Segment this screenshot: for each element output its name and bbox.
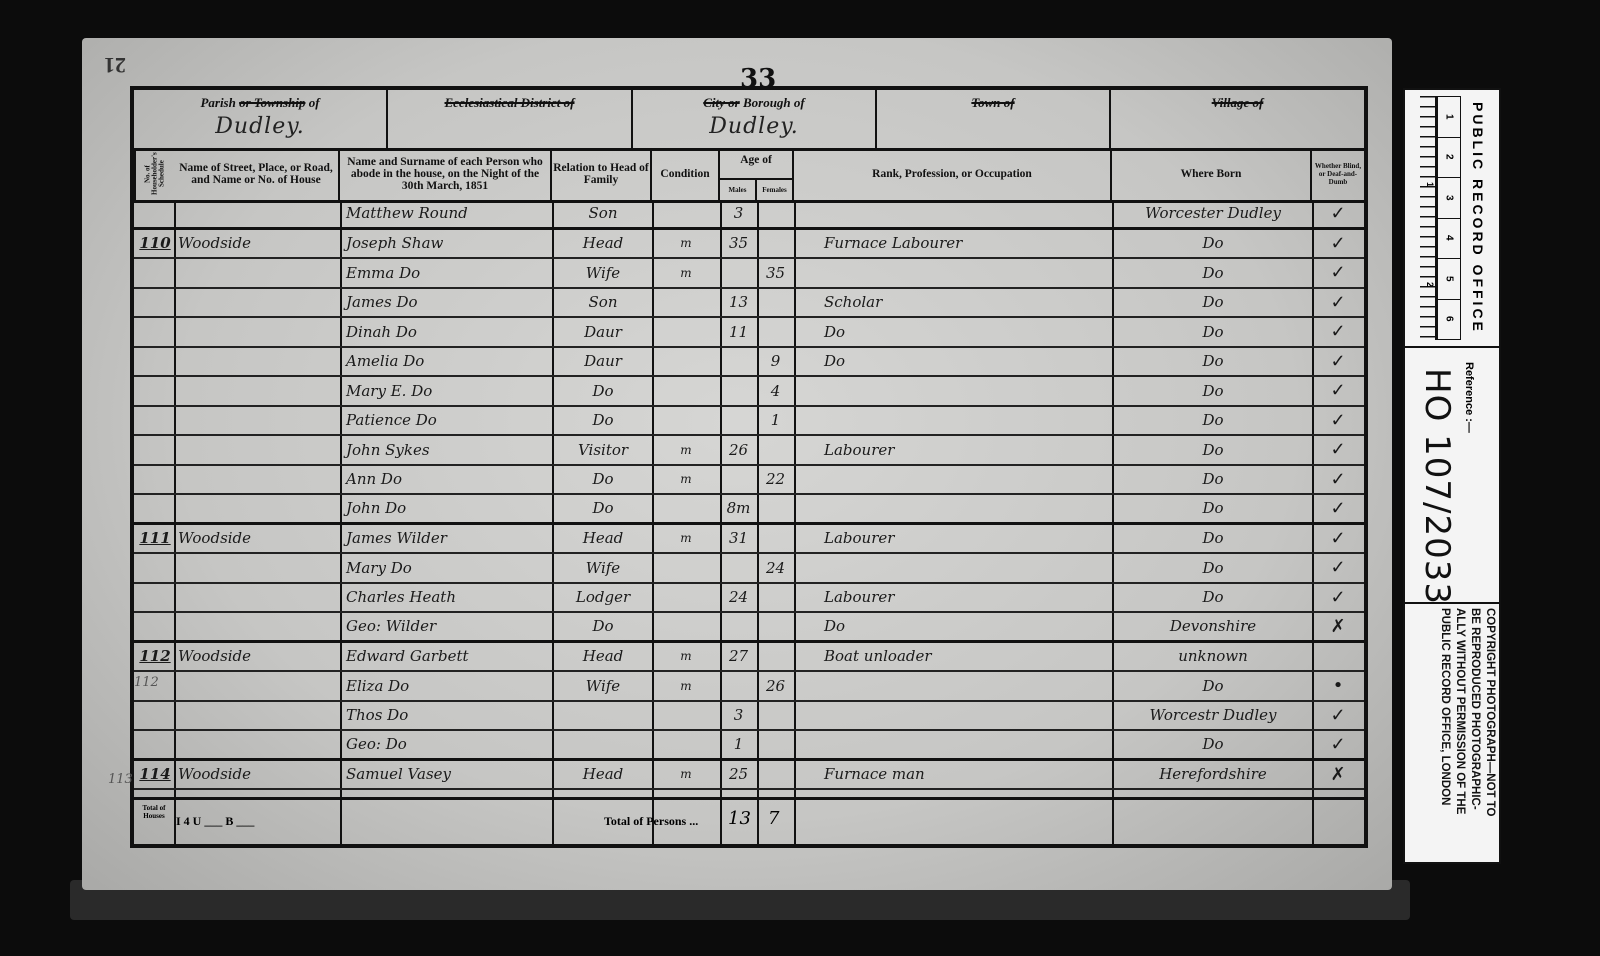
where-born-cell: Do: [1116, 466, 1310, 494]
schedule-cell: [136, 289, 174, 317]
blind-deaf-cell: ✗: [1312, 613, 1364, 640]
age-male-cell: [720, 554, 757, 582]
relation-cell: Do: [556, 495, 650, 522]
condition-cell: [652, 554, 720, 582]
relation-cell: Do: [556, 377, 650, 405]
relation-cell: Son: [556, 200, 650, 227]
condition-cell: [652, 495, 720, 522]
age-male-cell: 3: [720, 702, 757, 730]
village-field: Village of: [1111, 90, 1364, 148]
relation-cell: Visitor: [556, 436, 650, 464]
occupation-cell: [824, 377, 1110, 405]
age-male-cell: [720, 407, 757, 435]
age-male-cell: 31: [720, 525, 757, 553]
occupation-cell: [824, 554, 1110, 582]
age-female-cell: [757, 495, 794, 522]
person-name-cell: James Wilder: [346, 525, 550, 553]
strip-grid-cell: 2: [1438, 138, 1460, 179]
age-female-cell: [757, 200, 794, 227]
where-born-cell: Do: [1116, 377, 1310, 405]
address-cell: Woodside: [178, 230, 338, 258]
strip-grid-cell: 1: [1438, 97, 1460, 138]
schedule-cell: [136, 200, 174, 227]
address-cell: [178, 731, 338, 758]
age-female-cell: 1: [757, 407, 794, 435]
person-name-cell: John Sykes: [346, 436, 550, 464]
address-cell: [178, 554, 338, 582]
table-row: 111WoodsideJames WilderHeadm31LabourerDo…: [134, 525, 1364, 555]
person-name-cell: Joseph Shaw: [346, 230, 550, 258]
table-row: Thos Do3Worcestr Dudley✓: [134, 702, 1364, 732]
table-row: James DoSon13ScholarDo✓: [134, 289, 1364, 319]
blind-deaf-cell: ✓: [1312, 259, 1364, 287]
schedule-cell: [136, 377, 174, 405]
age-female-cell: [757, 643, 794, 671]
address-cell: [178, 200, 338, 227]
table-row: Ann DoDom22Do✓: [134, 466, 1364, 496]
occupation-cell: [824, 495, 1110, 522]
address-cell: [178, 348, 338, 376]
condition-cell: m: [652, 230, 720, 258]
person-name-cell: Mary Do: [346, 554, 550, 582]
where-born-cell: Do: [1116, 318, 1310, 346]
total-persons-label: Total of Persons ...: [604, 814, 698, 829]
age-female-cell: [757, 525, 794, 553]
condition-cell: [652, 613, 720, 640]
age-female-cell: [757, 613, 794, 640]
occupation-cell: Boat unloader: [824, 643, 1110, 671]
strip-grid-cell: 6: [1438, 300, 1460, 340]
schedule-cell: [136, 318, 174, 346]
age-male-cell: 11: [720, 318, 757, 346]
condition-cell: [652, 377, 720, 405]
occupation-cell: [824, 259, 1110, 287]
occupation-cell: Do: [824, 318, 1110, 346]
occupation-cell: [824, 466, 1110, 494]
corner-page-mark: 21: [104, 52, 126, 78]
where-born-cell: Do: [1116, 554, 1310, 582]
schedule-cell: [136, 495, 174, 522]
age-female-cell: 26: [757, 672, 794, 700]
age-female-cell: 35: [757, 259, 794, 287]
col-condition-header: Condition: [652, 148, 720, 200]
table-row: Emma DoWifem35Do✓: [134, 259, 1364, 289]
address-cell: [178, 289, 338, 317]
strip-grid-cell: 3: [1438, 178, 1460, 219]
condition-cell: m: [652, 525, 720, 553]
blind-deaf-cell: ✓: [1312, 318, 1364, 346]
margin-note-113: 113: [108, 772, 133, 787]
address-cell: Woodside: [178, 761, 338, 789]
person-name-cell: Amelia Do: [346, 348, 550, 376]
age-male-cell: 24: [720, 584, 757, 612]
age-male-cell: 25: [720, 761, 757, 789]
address-cell: [178, 466, 338, 494]
where-born-cell: Herefordshire: [1116, 761, 1310, 789]
where-born-cell: Do: [1116, 348, 1310, 376]
strip-grid-cell: 4: [1438, 219, 1460, 260]
parish-label: Parish or Township of: [134, 95, 386, 111]
address-cell: [178, 377, 338, 405]
relation-cell: Daur: [556, 318, 650, 346]
ecclesiastical-district-label: Ecclesiastical District of: [388, 95, 631, 111]
reference-label: Reference :—: [1463, 362, 1475, 433]
schedule-cell: 110: [136, 230, 174, 258]
person-name-cell: Edward Garbett: [346, 643, 550, 671]
age-male-cell: [720, 377, 757, 405]
relation-cell: [556, 731, 650, 758]
col-age-header: Age of Males Females: [720, 148, 794, 200]
condition-cell: [652, 731, 720, 758]
ruler-mark: 2: [1425, 282, 1435, 287]
ruler-mark: 1: [1425, 182, 1435, 187]
age-male-cell: 3: [720, 200, 757, 227]
condition-cell: [652, 348, 720, 376]
person-name-cell: Emma Do: [346, 259, 550, 287]
table-row: Geo: Do1Do✓: [134, 731, 1364, 761]
reference-value: HO 107/2033: [1417, 368, 1457, 605]
occupation-cell: Do: [824, 348, 1110, 376]
occupation-cell: [824, 672, 1110, 700]
person-name-cell: James Do: [346, 289, 550, 317]
occupation-cell: Do: [824, 613, 1110, 640]
where-born-cell: Do: [1116, 230, 1310, 258]
table-row: Mary DoWife24Do✓: [134, 554, 1364, 584]
schedule-cell: [136, 407, 174, 435]
col-age-females-header: Females: [757, 180, 792, 200]
occupation-cell: Scholar: [824, 289, 1110, 317]
age-male-cell: [720, 672, 757, 700]
where-born-cell: Worcestr Dudley: [1116, 702, 1310, 730]
total-females: 7: [768, 808, 779, 829]
where-born-cell: Do: [1116, 525, 1310, 553]
blind-deaf-cell: ✓: [1312, 702, 1364, 730]
occupation-cell: Furnace Labourer: [824, 230, 1110, 258]
age-female-cell: [757, 230, 794, 258]
schedule-cell: [136, 466, 174, 494]
condition-cell: m: [652, 672, 720, 700]
occupation-cell: Furnace man: [824, 761, 1110, 789]
parish-field: Parish or Township of Dudley.: [134, 90, 388, 148]
where-born-cell: unknown: [1116, 643, 1310, 671]
condition-cell: [652, 407, 720, 435]
condition-cell: [652, 200, 720, 227]
person-name-cell: Mary E. Do: [346, 377, 550, 405]
condition-cell: m: [652, 643, 720, 671]
where-born-cell: Do: [1116, 672, 1310, 700]
person-name-cell: Samuel Vasey: [346, 761, 550, 789]
address-cell: [178, 407, 338, 435]
blind-deaf-cell: ✓: [1312, 584, 1364, 612]
blind-deaf-cell: ✗: [1312, 761, 1364, 789]
age-female-cell: [757, 436, 794, 464]
table-row: Mary E. DoDo4Do✓: [134, 377, 1364, 407]
condition-cell: [652, 318, 720, 346]
age-male-cell: 13: [720, 289, 757, 317]
schedule-cell: [136, 554, 174, 582]
column-headers: No. of Householder's Schedule Name of St…: [134, 148, 1364, 203]
ecclesiastical-district-field: Ecclesiastical District of: [388, 90, 633, 148]
condition-cell: m: [652, 436, 720, 464]
total-males: 13: [728, 808, 751, 829]
blind-deaf-cell: ✓: [1312, 554, 1364, 582]
table-row: John SykesVisitorm26LabourerDo✓: [134, 436, 1364, 466]
address-cell: [178, 672, 338, 700]
census-form: Parish or Township of Dudley. Ecclesiast…: [130, 86, 1368, 848]
col-blind-deaf-header: Whether Blind, or Deaf-and-Dumb: [1312, 148, 1364, 200]
schedule-cell: [136, 436, 174, 464]
address-cell: [178, 613, 338, 640]
person-name-cell: John Do: [346, 495, 550, 522]
age-female-cell: [757, 731, 794, 758]
blind-deaf-cell: ✓: [1312, 348, 1364, 376]
schedule-cell: 112: [136, 643, 174, 671]
address-cell: Woodside: [178, 525, 338, 553]
table-row: 110WoodsideJoseph ShawHeadm35Furnace Lab…: [134, 230, 1364, 260]
blind-deaf-cell: ✓: [1312, 731, 1364, 758]
condition-cell: [652, 289, 720, 317]
person-name-cell: Geo: Wilder: [346, 613, 550, 640]
col-name-header: Name and Surname of each Person who abod…: [340, 148, 552, 200]
age-female-cell: [757, 584, 794, 612]
condition-cell: [652, 702, 720, 730]
town-label: Town of: [877, 95, 1109, 111]
age-male-cell: 26: [720, 436, 757, 464]
address-cell: [178, 436, 338, 464]
blind-deaf-cell: ✓: [1312, 377, 1364, 405]
table-row: Eliza DoWifem26Do•: [134, 672, 1364, 702]
table-row: Geo: WilderDoDoDevonshire✗: [134, 613, 1364, 643]
person-name-cell: Eliza Do: [346, 672, 550, 700]
age-male-cell: 8m: [720, 495, 757, 522]
header-band: Parish or Township of Dudley. Ecclesiast…: [134, 90, 1364, 151]
age-female-cell: 22: [757, 466, 794, 494]
relation-cell: Do: [556, 407, 650, 435]
condition-cell: m: [652, 761, 720, 789]
relation-cell: Wife: [556, 259, 650, 287]
address-cell: [178, 495, 338, 522]
schedule-cell: 111: [136, 525, 174, 553]
relation-cell: Wife: [556, 554, 650, 582]
town-field: Town of: [877, 90, 1111, 148]
where-born-cell: Devonshire: [1116, 613, 1310, 640]
age-female-cell: 24: [757, 554, 794, 582]
age-male-cell: [720, 613, 757, 640]
parish-value: Dudley.: [134, 114, 386, 139]
scale-ruler: [1409, 96, 1437, 340]
table-row: 114WoodsideSamuel VaseyHeadm25Furnace ma…: [134, 761, 1364, 791]
table-row: Patience DoDo1Do✓: [134, 407, 1364, 437]
relation-cell: Lodger: [556, 584, 650, 612]
copyright-notice: COPYRIGHT PHOTOGRAPH—NOT TO BE REPRODUCE…: [1411, 608, 1497, 858]
strip-number-grid: 123456: [1437, 96, 1461, 340]
table-row: Amelia DoDaur9DoDo✓: [134, 348, 1364, 378]
age-female-cell: 4: [757, 377, 794, 405]
person-name-cell: Thos Do: [346, 702, 550, 730]
address-cell: [178, 702, 338, 730]
table-row: Matthew RoundSon3Worcester Dudley✓: [134, 200, 1364, 230]
person-name-cell: Ann Do: [346, 466, 550, 494]
relation-cell: Head: [556, 761, 650, 789]
age-female-cell: [757, 761, 794, 789]
relation-cell: Head: [556, 525, 650, 553]
address-cell: [178, 318, 338, 346]
occupation-cell: Labourer: [824, 436, 1110, 464]
table-row: Dinah DoDaur11DoDo✓: [134, 318, 1364, 348]
where-born-cell: Do: [1116, 259, 1310, 287]
person-name-cell: Charles Heath: [346, 584, 550, 612]
blind-deaf-cell: ✓: [1312, 495, 1364, 522]
condition-cell: m: [652, 466, 720, 494]
col-address-header: Name of Street, Place, or Road, and Name…: [174, 148, 340, 200]
age-female-cell: [757, 318, 794, 346]
schedule-cell: [136, 584, 174, 612]
age-male-cell: 1: [720, 731, 757, 758]
schedule-cell: [136, 259, 174, 287]
margin-note-112: 112: [134, 675, 159, 690]
blind-deaf-cell: ✓: [1312, 200, 1364, 227]
condition-cell: m: [652, 259, 720, 287]
age-female-cell: [757, 289, 794, 317]
occupation-cell: Labourer: [824, 525, 1110, 553]
col-age-males-header: Males: [720, 180, 757, 200]
village-label: Village of: [1111, 95, 1364, 111]
age-male-cell: [720, 259, 757, 287]
table-row: Charles HeathLodger24LabourerDo✓: [134, 584, 1364, 614]
totals-row: Total of Houses I 4 U ___ B ___ Total of…: [134, 797, 1364, 844]
schedule-cell: 114: [136, 761, 174, 789]
occupation-cell: [824, 702, 1110, 730]
blind-deaf-cell: ✓: [1312, 436, 1364, 464]
address-cell: Woodside: [178, 643, 338, 671]
where-born-cell: Worcester Dudley: [1116, 200, 1310, 227]
col-schedule-header: No. of Householder's Schedule: [134, 148, 174, 200]
where-born-cell: Do: [1116, 436, 1310, 464]
person-name-cell: Dinah Do: [346, 318, 550, 346]
record-office-strip: PUBLIC RECORD OFFICE 123456 1 2 Referenc…: [1403, 88, 1501, 864]
where-born-cell: Do: [1116, 407, 1310, 435]
col-occupation-header: Rank, Profession, or Occupation: [794, 148, 1112, 200]
occupation-cell: [824, 731, 1110, 758]
borough-label: City or Borough of: [633, 95, 875, 111]
age-male-cell: 27: [720, 643, 757, 671]
where-born-cell: Do: [1116, 731, 1310, 758]
blind-deaf-cell: ✓: [1312, 407, 1364, 435]
person-name-cell: Matthew Round: [346, 200, 550, 227]
relation-cell: Head: [556, 230, 650, 258]
total-houses-value: I 4 U ___ B ___: [176, 814, 254, 829]
relation-cell: Do: [556, 466, 650, 494]
schedule-cell: [136, 348, 174, 376]
relation-cell: Son: [556, 289, 650, 317]
blind-deaf-cell: [1312, 643, 1364, 671]
strip-title: PUBLIC RECORD OFFICE: [1461, 96, 1495, 340]
col-relation-header: Relation to Head of Family: [552, 148, 652, 200]
relation-cell: Head: [556, 643, 650, 671]
age-male-cell: [720, 466, 757, 494]
borough-value: Dudley.: [633, 114, 875, 139]
table-row: 112WoodsideEdward GarbettHeadm27Boat unl…: [134, 643, 1364, 673]
relation-cell: Daur: [556, 348, 650, 376]
blind-deaf-cell: ✓: [1312, 466, 1364, 494]
occupation-cell: Labourer: [824, 584, 1110, 612]
col-where-born-header: Where Born: [1112, 148, 1312, 200]
total-houses-label: Total of Houses: [136, 804, 172, 820]
blind-deaf-cell: ✓: [1312, 525, 1364, 553]
schedule-cell: [136, 731, 174, 758]
occupation-cell: [824, 407, 1110, 435]
age-female-cell: [757, 702, 794, 730]
age-male-cell: 35: [720, 230, 757, 258]
relation-cell: Do: [556, 613, 650, 640]
where-born-cell: Do: [1116, 495, 1310, 522]
blind-deaf-cell: •: [1312, 672, 1364, 700]
where-born-cell: Do: [1116, 289, 1310, 317]
condition-cell: [652, 584, 720, 612]
borough-field: City or Borough of Dudley.: [633, 90, 877, 148]
schedule-cell: [136, 702, 174, 730]
age-male-cell: [720, 348, 757, 376]
strip-grid-cell: 5: [1438, 259, 1460, 300]
table-row: John DoDo8mDo✓: [134, 495, 1364, 525]
blind-deaf-cell: ✓: [1312, 230, 1364, 258]
where-born-cell: Do: [1116, 584, 1310, 612]
person-name-cell: Geo: Do: [346, 731, 550, 758]
address-cell: [178, 259, 338, 287]
occupation-cell: [824, 200, 1110, 227]
schedule-cell: [136, 613, 174, 640]
address-cell: [178, 584, 338, 612]
age-female-cell: 9: [757, 348, 794, 376]
blind-deaf-cell: ✓: [1312, 289, 1364, 317]
person-name-cell: Patience Do: [346, 407, 550, 435]
relation-cell: Wife: [556, 672, 650, 700]
relation-cell: [556, 702, 650, 730]
